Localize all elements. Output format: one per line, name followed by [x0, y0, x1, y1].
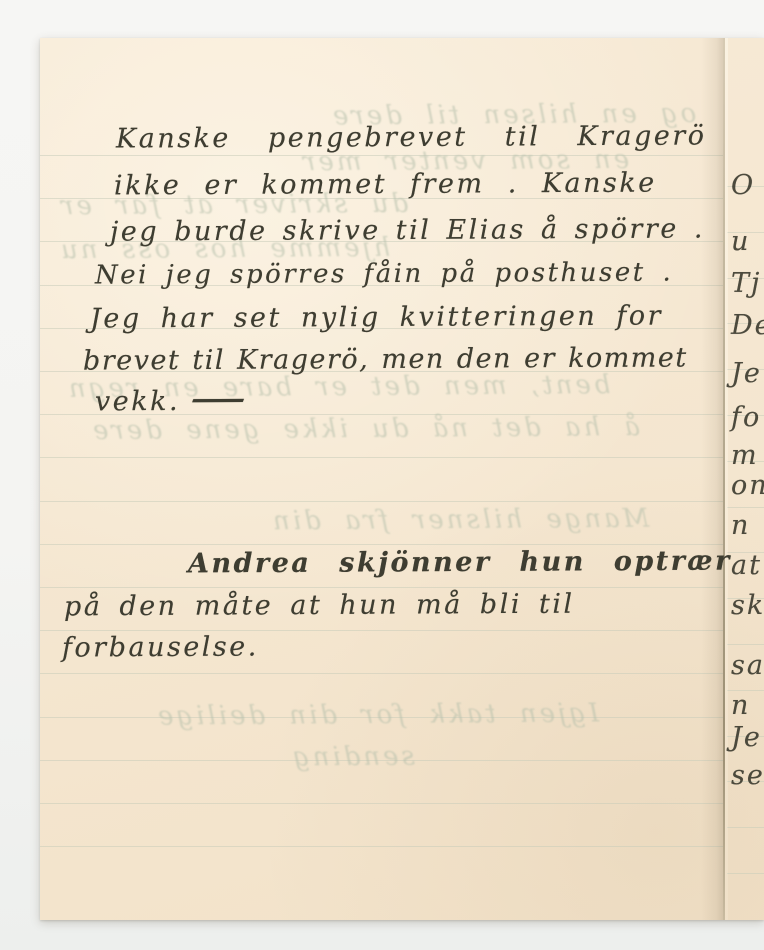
em-dash-stroke: — — [190, 382, 252, 418]
page2-fragment: De — [731, 310, 764, 341]
page2-fragment: Je — [731, 722, 762, 753]
page2-fragment: u — [731, 226, 750, 257]
handwritten-line: forbauselse. — [62, 629, 259, 666]
handwritten-line: Nei jeg spörres fåin på posthuset . — [95, 254, 673, 293]
handwritten-line: vekk.— — [95, 384, 236, 421]
bleedthrough-line: Igjen takk for din deilige — [155, 698, 599, 731]
second-page-sliver: OuTjDeJefomonnatsksanJese — [731, 0, 764, 950]
handwritten-line: Jeg har set nylig kvitteringen for — [90, 299, 663, 338]
page2-fragment: fo — [731, 402, 761, 433]
ruled-line — [40, 457, 723, 458]
page2-fragment: Je — [731, 358, 762, 389]
ruled-line — [40, 846, 723, 847]
page2-fragment: se — [731, 760, 764, 791]
page2-fragment: on — [731, 470, 764, 501]
page2-fragment: n — [731, 510, 750, 541]
bleedthrough-line: Mange hilsner fra din — [270, 504, 649, 537]
page-fold-highlight — [725, 38, 728, 920]
page2-fragment: m — [731, 440, 759, 471]
handwritten-line: Kanske pengebrevet til Kragerö — [116, 118, 707, 157]
ruled-line — [40, 803, 723, 804]
page2-fragment: at — [731, 550, 762, 581]
page2-fragment: n — [731, 690, 750, 721]
ruled-line — [40, 673, 723, 674]
page-fold-shadow — [701, 38, 723, 920]
page2-fragment: Tj — [731, 268, 761, 299]
page2-fragment: sa — [731, 650, 764, 681]
handwritten-line: jeg burde skrive til Elias å spörre . — [110, 211, 705, 250]
handwritten-line: brevet til Kragerö, men den er kommet — [83, 340, 688, 379]
handwritten-word: vekk. — [95, 386, 180, 417]
handwritten-line: Andrea skjönner hun optrær — [188, 544, 732, 583]
ruled-line — [40, 501, 723, 502]
handwritten-line: ikke er kommet frem . Kanske — [114, 166, 657, 205]
scanned-letter-photo: og en hilsen til dereen som venter merdu… — [0, 0, 764, 950]
handwritten-line: på den måte at hun må bli til — [64, 587, 575, 626]
bleedthrough-line: sending — [290, 742, 415, 773]
page2-fragment: sk — [731, 590, 764, 621]
page2-fragment: O — [731, 170, 755, 201]
